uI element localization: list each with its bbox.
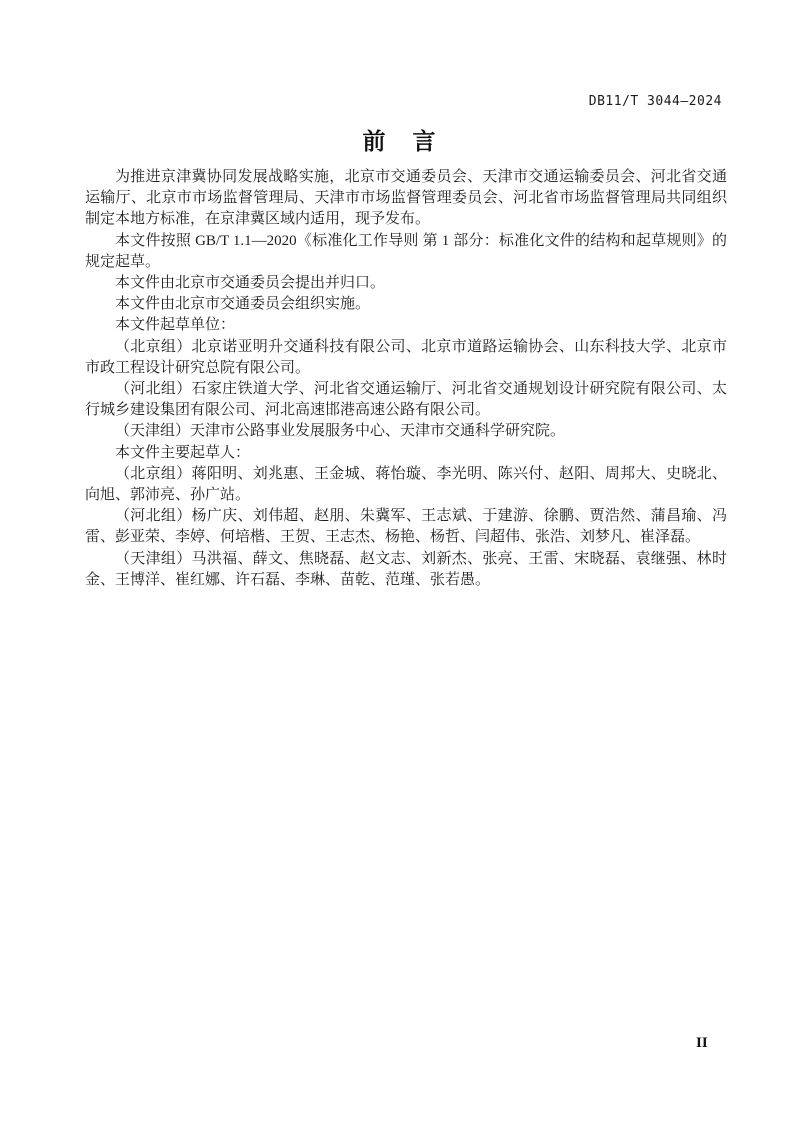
paragraph-drafting-rules: 本文件按照 GB/T 1.1—2020《标准化工作导则 第 1 部分：标准化文件… xyxy=(85,231,727,273)
paragraph-drafters-beijing: （北京组）蒋阳明、刘兆惠、王金城、蒋怡璇、李光明、陈兴付、赵阳、周邦大、史晓北、… xyxy=(85,464,727,506)
paragraph-units-tianjin: （天津组）天津市公路事业发展服务中心、天津市交通科学研究院。 xyxy=(85,421,727,442)
paragraph-units-beijing: （北京组）北京诺亚明升交通科技有限公司、北京市道路运输协会、山东科技大学、北京市… xyxy=(85,337,727,379)
page-title: 前 言 xyxy=(0,0,800,156)
paragraph-drafters-label: 本文件主要起草人： xyxy=(85,443,727,464)
foreword-body: 为推进京津冀协同发展战略实施，北京市交通委员会、天津市交通运输委员会、河北省交通… xyxy=(85,167,727,591)
paragraph-drafters-hebei: （河北组）杨广庆、刘伟超、赵朋、朱冀军、王志斌、于建游、徐鹏、贾浩然、蒲昌瑜、冯… xyxy=(85,506,727,548)
document-page: DB11/T 3044—2024 前 言 为推进京津冀协同发展战略实施，北京市交… xyxy=(0,0,800,1133)
paragraph-proposed-by: 本文件由北京市交通委员会提出并归口。 xyxy=(85,273,727,294)
page-number: II xyxy=(696,1035,708,1052)
paragraph-issuing-statement: 为推进京津冀协同发展战略实施，北京市交通委员会、天津市交通运输委员会、河北省交通… xyxy=(85,167,727,231)
paragraph-implemented-by: 本文件由北京市交通委员会组织实施。 xyxy=(85,294,727,315)
standard-code: DB11/T 3044—2024 xyxy=(589,94,722,109)
paragraph-units-hebei: （河北组）石家庄铁道大学、河北省交通运输厅、河北省交通规划设计研究院有限公司、太… xyxy=(85,379,727,421)
paragraph-drafters-tianjin: （天津组）马洪福、薛文、焦晓磊、赵文志、刘新杰、张亮、王雷、宋晓磊、袁继强、林时… xyxy=(85,549,727,591)
paragraph-drafting-units-label: 本文件起草单位： xyxy=(85,315,727,336)
